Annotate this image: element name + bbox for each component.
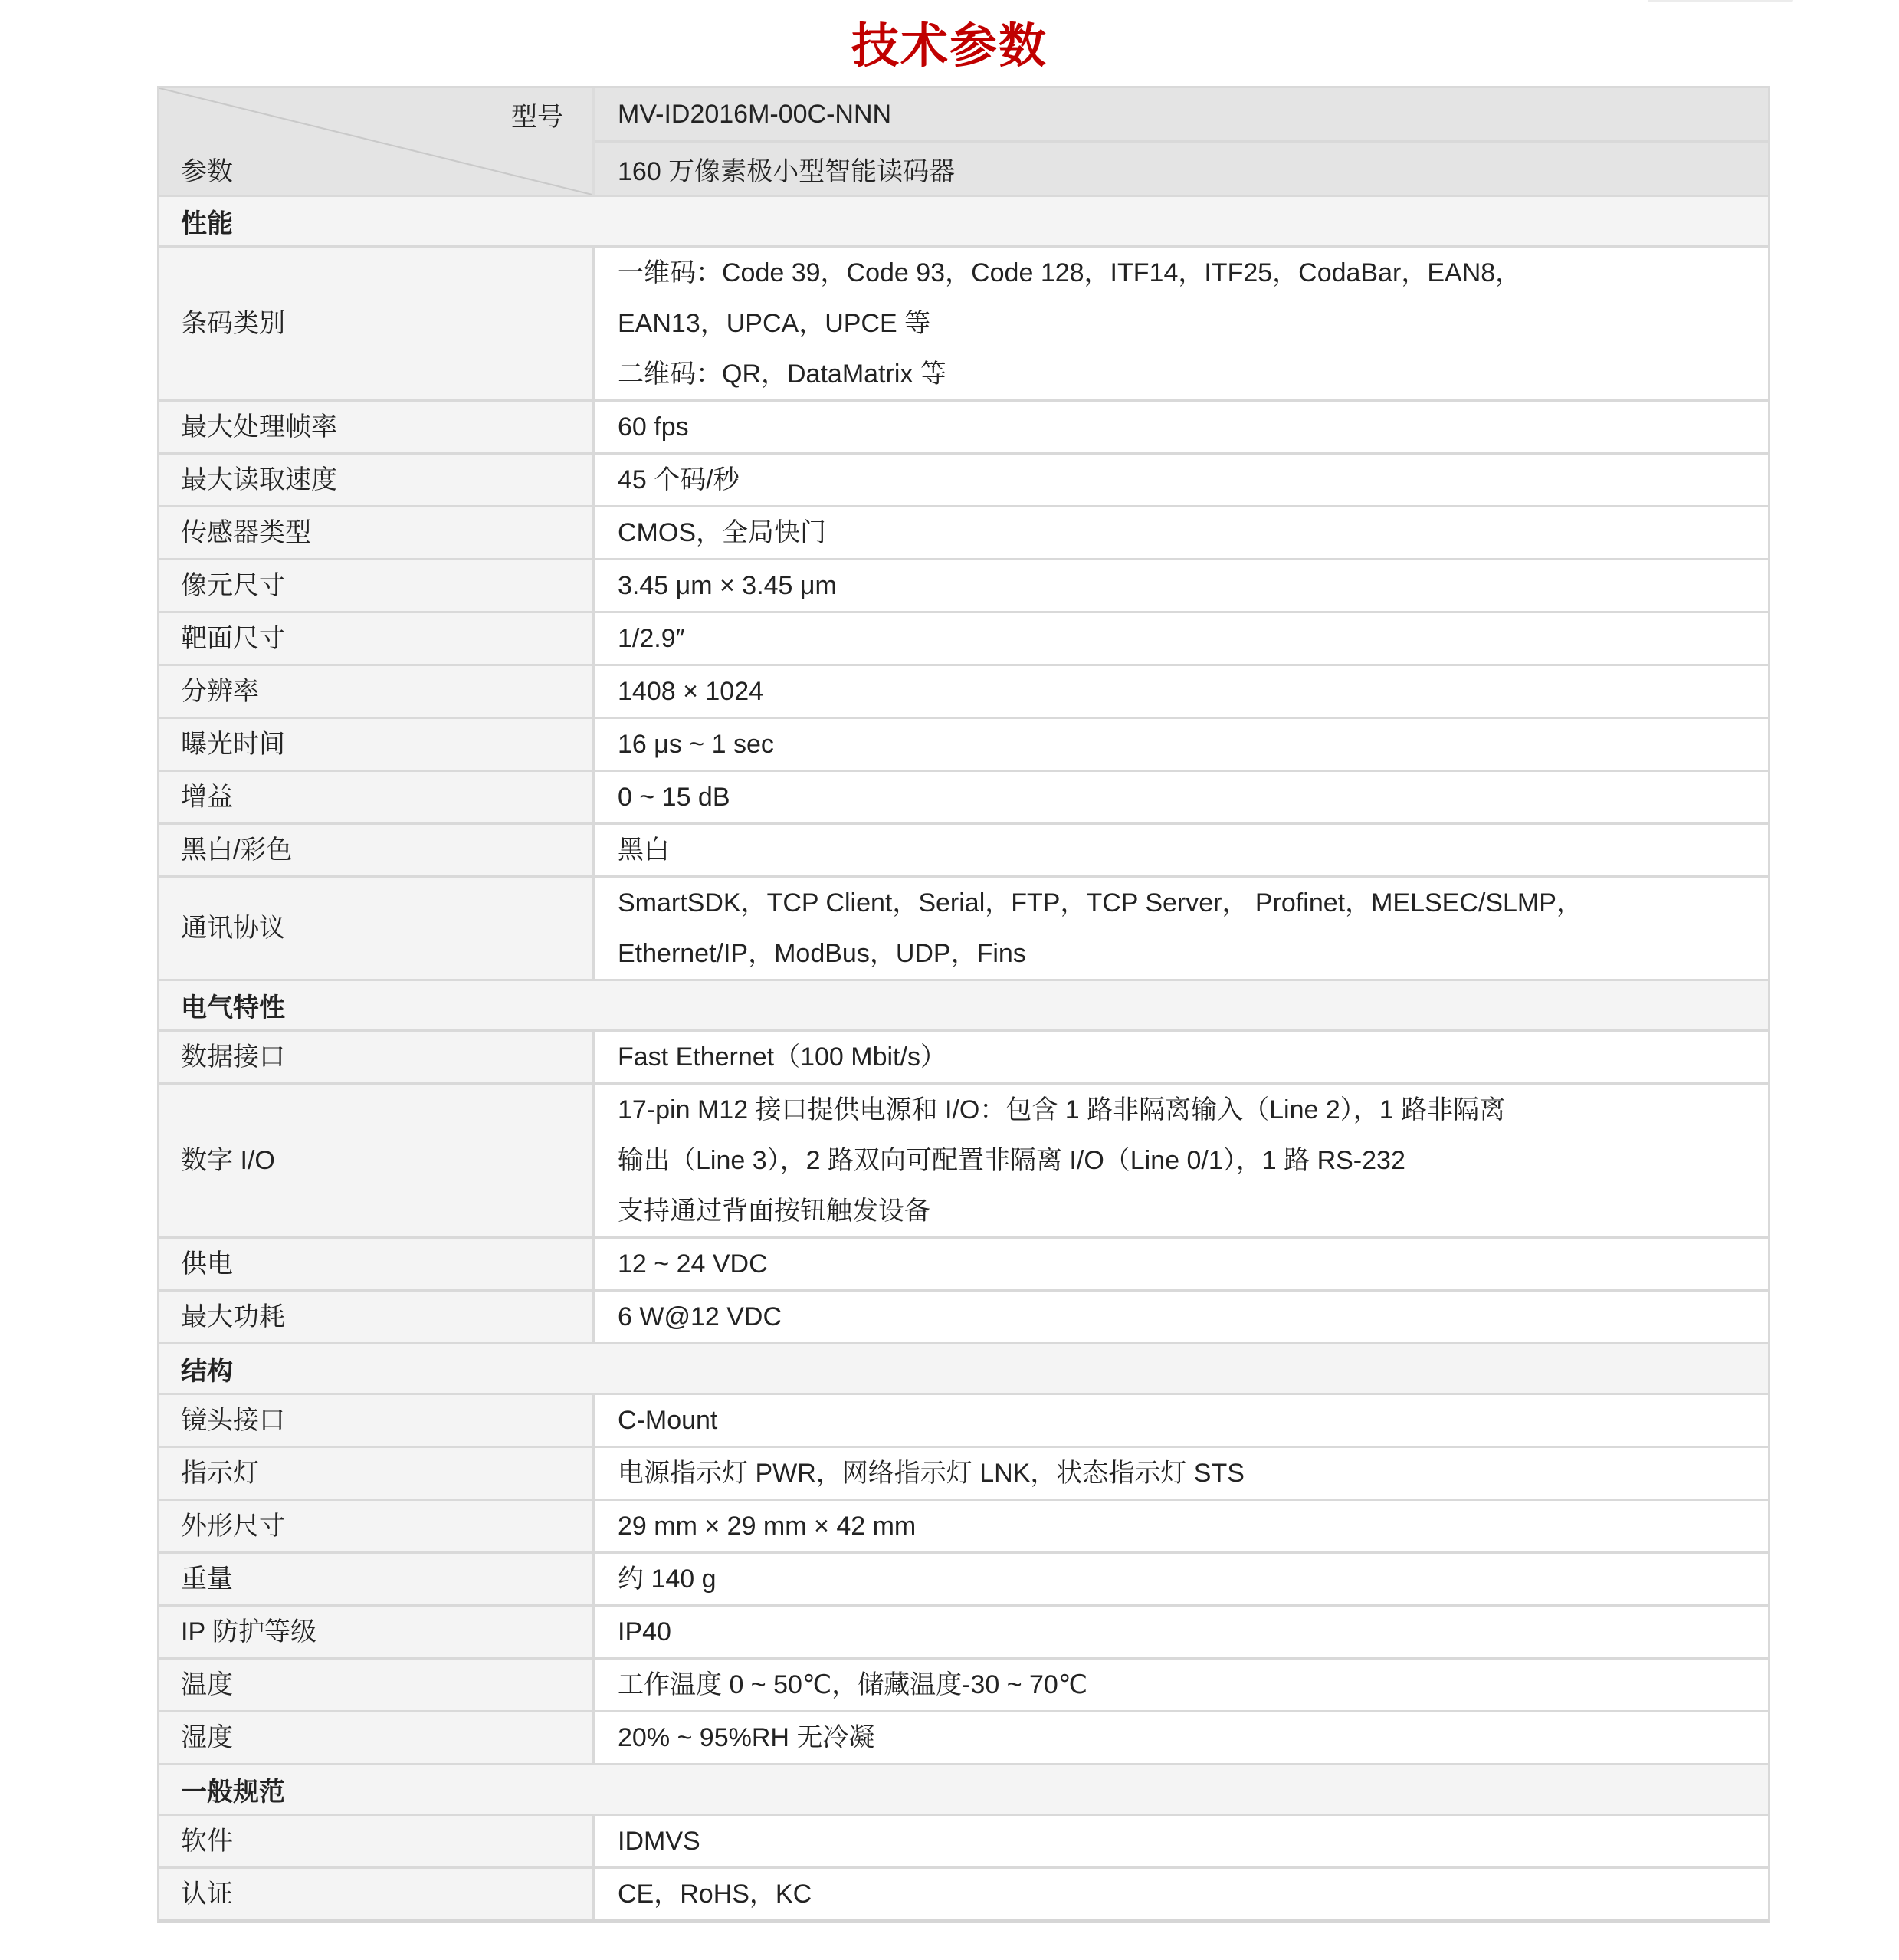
spec-label: 像元尺寸 [181,569,285,602]
spec-label-cell: 镜头接口 [159,1395,592,1446]
spec-value-cell: IDMVS [592,1816,1768,1866]
spec-value: CE，RoHS，KC [618,1869,812,1919]
spec-label: 供电 [181,1247,233,1281]
spec-label: 镜头接口 [181,1404,285,1437]
spec-value: IDMVS [618,1816,700,1866]
spec-row: 数字 I/O17-pin M12 接口提供电源和 I/O：包含 1 路非隔离输入… [159,1082,1768,1236]
spec-row: 黑白/彩色黑白 [159,822,1768,875]
spec-value-cell: IP40 [592,1607,1768,1657]
section-header-row: 一般规范 [159,1763,1768,1814]
model-number: MV-ID2016M-00C-NNN [595,88,1768,143]
spec-value: CMOS，全局快门 [618,507,826,558]
spec-row: 分辨率1408 × 1024 [159,664,1768,717]
spec-value: 电源指示灯 PWR，网络指示灯 LNK，状态指示灯 STS [618,1448,1245,1499]
spec-row: 传感器类型CMOS，全局快门 [159,505,1768,558]
spec-value: 1/2.9″ [618,613,685,664]
spec-label: 最大处理帧率 [181,410,337,444]
spec-label-cell: 最大读取速度 [159,455,592,505]
spec-label-cell: 条码类别 [159,248,592,399]
spec-value-cell: 60 fps [592,402,1768,452]
spec-row: 供电12 ~ 24 VDC [159,1236,1768,1289]
section-header-row: 结构 [159,1342,1768,1393]
spec-label: 数据接口 [181,1040,285,1074]
header-parameter-label: 参数 [181,143,233,195]
spec-row: 认证CE，RoHS，KC [159,1866,1768,1919]
spec-label: 软件 [181,1824,233,1858]
section-title: 电气特性 [181,987,285,1024]
spec-label-cell: 重量 [159,1554,592,1604]
header-corner-cell: 型号 参数 [159,88,592,195]
spec-value-cell: 16 μs ~ 1 sec [592,719,1768,770]
spec-value-cell: 1408 × 1024 [592,666,1768,717]
spec-label-cell: 湿度 [159,1712,592,1763]
spec-value-cell: 约 140 g [592,1554,1768,1604]
spec-label-cell: IP 防护等级 [159,1607,592,1657]
spec-label: 曝光时间 [181,727,285,761]
spec-label-cell: 外形尺寸 [159,1501,592,1551]
spec-label: 条码类别 [181,307,285,340]
spec-label-cell: 最大处理帧率 [159,402,592,452]
spec-value-cell: 1/2.9″ [592,613,1768,664]
spec-value-cell: 一维码：Code 39，Code 93，Code 128，ITF14，ITF25… [592,248,1768,399]
spec-value: 黑白 [618,825,670,875]
spec-value: 一维码：Code 39，Code 93，Code 128，ITF14，ITF25… [618,248,1521,399]
spec-label: 黑白/彩色 [181,833,292,867]
spec-label-cell: 供电 [159,1239,592,1289]
spec-label-cell: 指示灯 [159,1448,592,1499]
section-title: 结构 [181,1350,233,1387]
spec-label-cell: 最大功耗 [159,1292,592,1342]
spec-label: 最大功耗 [181,1300,285,1334]
spec-row: 软件IDMVS [159,1814,1768,1866]
spec-value-cell: CMOS，全局快门 [592,507,1768,558]
spec-value-cell: 黑白 [592,825,1768,875]
spec-label-cell: 认证 [159,1869,592,1919]
section-header-row: 性能 [159,195,1768,245]
table-header: 型号 参数 MV-ID2016M-00C-NNN 160 万像素极小型智能读码器 [159,88,1768,195]
spec-label-cell: 通讯协议 [159,878,592,979]
spec-label-cell: 温度 [159,1660,592,1710]
spec-value-cell: CE，RoHS，KC [592,1869,1768,1919]
spec-label-cell: 黑白/彩色 [159,825,592,875]
spec-label-cell: 分辨率 [159,666,592,717]
spec-value-cell: 20% ~ 95%RH 无冷凝 [592,1712,1768,1763]
section-header-row: 电气特性 [159,979,1768,1029]
spec-label-cell: 传感器类型 [159,507,592,558]
spec-row: 通讯协议SmartSDK，TCP Client，Serial，FTP，TCP S… [159,875,1768,979]
spec-row: 最大功耗6 W@12 VDC [159,1289,1768,1342]
spec-value: 3.45 μm × 3.45 μm [618,560,837,611]
spec-value-cell: 6 W@12 VDC [592,1292,1768,1342]
spec-row: IP 防护等级IP40 [159,1604,1768,1657]
spec-row: 镜头接口C-Mount [159,1393,1768,1446]
header-model-column: MV-ID2016M-00C-NNN 160 万像素极小型智能读码器 [592,88,1768,195]
spec-value: 工作温度 0 ~ 50℃，储藏温度-30 ~ 70℃ [618,1660,1087,1710]
spec-table-body: 性能条码类别一维码：Code 39，Code 93，Code 128，ITF14… [159,195,1768,1919]
spec-row: 温度工作温度 0 ~ 50℃，储藏温度-30 ~ 70℃ [159,1657,1768,1710]
spec-value: 0 ~ 15 dB [618,772,730,822]
spec-label: 重量 [181,1562,233,1596]
spec-value: Fast Ethernet（100 Mbit/s） [618,1032,946,1082]
spec-value: SmartSDK，TCP Client，Serial，FTP，TCP Serve… [618,878,1582,979]
spec-value-cell: 17-pin M12 接口提供电源和 I/O：包含 1 路非隔离输入（Line … [592,1085,1768,1236]
spec-value: 60 fps [618,402,689,452]
spec-label: 最大读取速度 [181,463,337,497]
spec-row: 靶面尺寸1/2.9″ [159,611,1768,664]
spec-value: 20% ~ 95%RH 无冷凝 [618,1712,874,1763]
spec-value-cell: 45 个码/秒 [592,455,1768,505]
cropped-ui-artifact [1648,0,1793,2]
spec-value-cell: 12 ~ 24 VDC [592,1239,1768,1289]
spec-label: 外形尺寸 [181,1509,285,1543]
spec-value: 1408 × 1024 [618,666,763,717]
spec-value-cell: Fast Ethernet（100 Mbit/s） [592,1032,1768,1082]
spec-value-cell: SmartSDK，TCP Client，Serial，FTP，TCP Serve… [592,878,1768,979]
spec-value: 17-pin M12 接口提供电源和 I/O：包含 1 路非隔离输入（Line … [618,1085,1505,1236]
spec-label-cell: 曝光时间 [159,719,592,770]
spec-value-cell: 0 ~ 15 dB [592,772,1768,822]
spec-value: 约 140 g [618,1554,717,1604]
spec-row: 数据接口Fast Ethernet（100 Mbit/s） [159,1029,1768,1082]
spec-row: 像元尺寸3.45 μm × 3.45 μm [159,558,1768,611]
spec-row: 指示灯电源指示灯 PWR，网络指示灯 LNK，状态指示灯 STS [159,1446,1768,1499]
spec-label-cell: 数字 I/O [159,1085,592,1236]
spec-value: 45 个码/秒 [618,455,740,505]
spec-label: 靶面尺寸 [181,622,285,655]
spec-row: 重量约 140 g [159,1551,1768,1604]
spec-row: 最大处理帧率60 fps [159,399,1768,452]
spec-label: 传感器类型 [181,516,311,550]
section-title: 一般规范 [181,1771,285,1808]
spec-value-cell: 3.45 μm × 3.45 μm [592,560,1768,611]
spec-label: 分辨率 [181,675,259,708]
spec-value-cell: 29 mm × 29 mm × 42 mm [592,1501,1768,1551]
spec-value-cell: 电源指示灯 PWR，网络指示灯 LNK，状态指示灯 STS [592,1448,1768,1499]
spec-value-cell: C-Mount [592,1395,1768,1446]
spec-value: 16 μs ~ 1 sec [618,719,774,770]
spec-label-cell: 增益 [159,772,592,822]
spec-value: 6 W@12 VDC [618,1292,782,1342]
spec-label: 指示灯 [181,1456,259,1490]
spec-label: IP 防护等级 [181,1615,316,1649]
header-model-label: 型号 [511,88,563,140]
spec-label: 温度 [181,1668,233,1702]
page: 技术参数 型号 参数 MV-ID2016M-00C-NNN 160 万像素极小型… [0,0,1899,1960]
spec-row: 最大读取速度45 个码/秒 [159,452,1768,505]
spec-row: 曝光时间16 μs ~ 1 sec [159,717,1768,770]
spec-label: 认证 [181,1877,233,1911]
spec-value: 12 ~ 24 VDC [618,1239,768,1289]
spec-row: 湿度20% ~ 95%RH 无冷凝 [159,1710,1768,1763]
spec-label-cell: 像元尺寸 [159,560,592,611]
spec-row: 增益0 ~ 15 dB [159,770,1768,822]
spec-value-cell: 工作温度 0 ~ 50℃，储藏温度-30 ~ 70℃ [592,1660,1768,1710]
spec-label-cell: 靶面尺寸 [159,613,592,664]
spec-row: 条码类别一维码：Code 39，Code 93，Code 128，ITF14，I… [159,245,1768,399]
spec-label: 数字 I/O [181,1144,275,1177]
spec-row: 外形尺寸29 mm × 29 mm × 42 mm [159,1499,1768,1551]
page-title: 技术参数 [0,8,1899,76]
spec-value: 29 mm × 29 mm × 42 mm [618,1501,916,1551]
spec-value: IP40 [618,1607,671,1657]
spec-label-cell: 软件 [159,1816,592,1866]
section-title: 性能 [181,202,233,240]
spec-label-cell: 数据接口 [159,1032,592,1082]
spec-label: 湿度 [181,1721,233,1755]
model-description: 160 万像素极小型智能读码器 [595,143,1768,195]
spec-value: C-Mount [618,1395,717,1446]
spec-table: 型号 参数 MV-ID2016M-00C-NNN 160 万像素极小型智能读码器… [157,86,1770,1923]
spec-label: 增益 [181,780,233,814]
spec-label: 通讯协议 [181,911,285,945]
